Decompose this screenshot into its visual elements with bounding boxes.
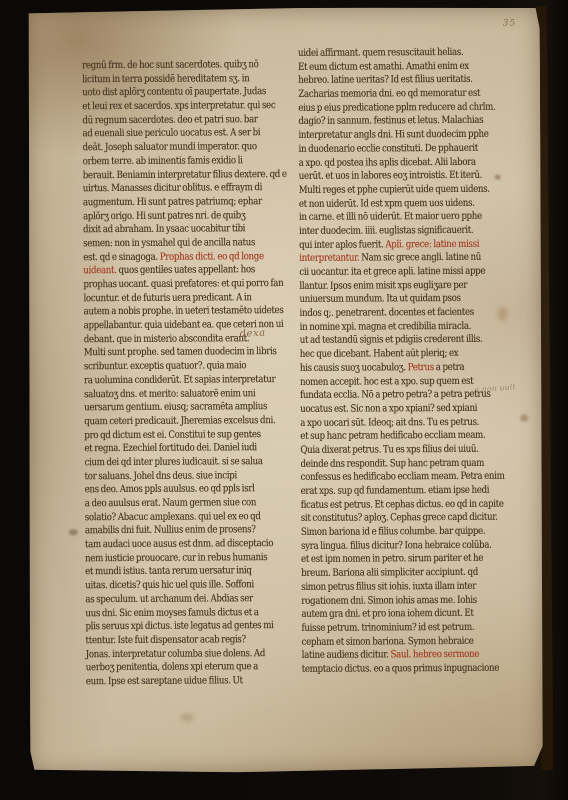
- ink-text: scribuntur. exceptis quatuor?. quia maio: [84, 360, 246, 372]
- ink-text: Jonas. interpretatur columba siue dolens…: [86, 648, 265, 660]
- ink-text: tam audaci uoce ausus est dnm. ad discep…: [85, 538, 273, 550]
- folio-number: 35: [503, 19, 517, 29]
- ink-text: amabilis dni fuit. Nullius enim de prose…: [85, 525, 256, 537]
- marginal-gloss-center: dexa: [239, 328, 265, 340]
- ink-text: et leui rex et sacerdos. xps interpretat…: [82, 100, 275, 112]
- rubric-text: interpretantur.: [299, 253, 361, 264]
- ink-text: fuisse petrum. trinominium? id est petru…: [301, 622, 474, 634]
- rubric-text: Prophas dicti. eo qd longe: [160, 251, 264, 263]
- text-line: regnū frm. de hoc sunt sacerdotes. quibʒ…: [82, 52, 282, 67]
- ink-text: Quia dixerat petrus. Tu es xps filius de…: [300, 444, 478, 456]
- ink-text: uitas. dicetis? quis hic uel quis ille. …: [85, 579, 254, 591]
- ink-text: simon petrus filius sit iohis. iuxta ill…: [301, 581, 476, 593]
- text-column-left: regnū frm. de hoc sunt sacerdotes. quibʒ…: [82, 52, 286, 683]
- ink-text: uocatus est. Sic non a xpo xpiani? sed x…: [300, 403, 477, 415]
- rubric-text: Petrus: [408, 362, 434, 373]
- ink-text: in nomine xpi. magna et credibilia mirac…: [300, 321, 472, 333]
- ink-text: et sup hanc petram hedificabo eccliam me…: [300, 430, 485, 442]
- rubric-text: Apli. grece: latine missi: [385, 238, 479, 250]
- ink-text: his causis suoʒ uocabuloʒ.: [300, 362, 408, 374]
- ink-text: est. qd e sinagoga.: [83, 251, 160, 262]
- ink-text: semen: non in ysmahel qui de ancilla nat…: [83, 237, 255, 249]
- ink-text: a petra: [434, 362, 465, 373]
- ink-text: aplōrʒ origo. Hi sunt patres nri. de qui…: [83, 210, 246, 222]
- ink-text: et non uiderūt. Id est xpm quem uos uide…: [299, 197, 475, 209]
- ink-text: uersarum gentium. eiusq; sacramēta ampli…: [84, 401, 267, 413]
- ink-text: Multi reges et pphe cupierūt uide quem u…: [299, 184, 490, 196]
- ink-text: hebreo. latine ueritas? Id est filius ue…: [298, 74, 473, 86]
- ink-text: a deo auulsus erat. Naum germen siue con: [85, 497, 256, 509]
- ink-text: Nam sic grece angli. latine nū: [361, 252, 481, 264]
- ink-text: pro qd dictum est ei. Constitui te sup g…: [84, 429, 261, 441]
- ink-text: indos q;. penetrarent. docentes et facie…: [299, 307, 473, 319]
- ink-text: plis seruus xpi dictus. iste legatus ad …: [85, 620, 273, 632]
- stain: [520, 415, 528, 422]
- ink-text: regnū frm. de hoc sunt sacerdotes. quibʒ…: [82, 59, 258, 71]
- ink-text: dū regnum sacerdotes. deo et patri suo. …: [82, 114, 257, 126]
- ink-text: Et eum dictum est amathi. Amathi enim ex: [298, 61, 469, 73]
- ink-text: ad euenali siue periculo uocatus est. A …: [82, 128, 260, 140]
- ink-text: in duodenario ecclie constituti. De ppha…: [298, 143, 477, 155]
- ink-text: latine audiens dicitur.: [302, 650, 391, 662]
- ink-text: autem a nobis prophe. in ueteri testamēt…: [83, 305, 283, 317]
- ink-text: as speculum. ut archanum dei. Abdias ser: [85, 593, 253, 605]
- stain: [180, 714, 194, 722]
- ink-text: saluatoʒ dns. et merito: saluatorē enim …: [84, 388, 255, 400]
- ink-text: dagio? in sannum. festinus et letus. Mal…: [298, 115, 483, 127]
- ink-text: cii uocantur. ita et grece apli. latine …: [299, 266, 485, 278]
- ink-text: Zacharias memoria dni. eo qd memoratur e…: [298, 88, 480, 100]
- ink-text: debant. que in misterio abscondita erant…: [84, 333, 250, 345]
- ink-text: qui inter aplos fuerit.: [299, 239, 385, 251]
- ink-text: eum. Ipse est sareptane uidue filius. Ut: [86, 675, 243, 687]
- ink-text: fundata ecclia. Nō a petro petra? a petr…: [300, 389, 491, 401]
- ink-text: Multi sunt prophe. sed tamen duodecim in…: [84, 346, 277, 358]
- ink-text: locuntur. et de futuris uera predicant. …: [83, 292, 251, 304]
- ink-text: cepham et simon bariona. Symon hebraice: [302, 635, 474, 647]
- ink-text: confessus es hedificabo eccliam meam. Pe…: [301, 471, 505, 483]
- ink-text: ttentur. Iste fuit dispensator acab regi…: [85, 634, 245, 646]
- ink-text: ra uolumina condiderūt. Et sapias interp…: [84, 374, 275, 386]
- ink-text: Simon bariona id e filius columbe. bar q…: [301, 526, 485, 538]
- ink-text: temptacio dictus. eo a quos primus inpug…: [302, 663, 499, 675]
- ink-text: et regna. Ezechiel fortitudo dei. Daniel…: [84, 442, 256, 454]
- ink-text: augmentum. Hi sunt patres patriumq; epha…: [83, 196, 262, 208]
- ink-text: rogationem dni. Simon iohis amas me. Ioh…: [301, 594, 477, 606]
- ink-text: uerboʒ penitentia, dolens xpi eterum que…: [86, 661, 258, 673]
- ink-text: breum. Bariona alii simpliciter accipiun…: [301, 567, 478, 579]
- marginal-gloss-right: q non uult: [474, 382, 516, 394]
- ink-text: cium dei qd inter plures iudicauit. si s…: [84, 456, 262, 468]
- ink-text: llantur. Ipsos enim misit xps eugliʒare …: [299, 280, 467, 292]
- ink-text: nomen accepit. hoc est a xpo. sup quem e…: [300, 375, 473, 387]
- ink-text: tor saluans. Johel dns deus. siue incipi: [84, 470, 236, 482]
- ink-text: erat xps. sup qd fundamentum. etiam ipse…: [301, 485, 490, 497]
- ink-text: autem gra dni. et pro iona iohem dicunt.…: [301, 608, 473, 620]
- rubric-text: Saul. hebreo sermone: [390, 649, 479, 661]
- ink-text: a xpo uocari sūt. Ideoq; ait dns. Tu es …: [300, 416, 479, 428]
- ink-text: uirtus. Manasses dicitur oblitus. e effr…: [83, 182, 262, 194]
- ink-text: solatio? Abacuc amplexans. qui uel ex eo…: [85, 511, 261, 523]
- ink-text: eius p eius predicatione pplm reducere a…: [298, 101, 495, 113]
- stain: [69, 529, 78, 535]
- ink-text: hec que dicebant. Habent aūt pleriq; ex: [300, 348, 459, 360]
- ink-text: uus dni. Sic enim moyses famuls dictus e…: [85, 607, 258, 619]
- text-column-right: uidei affirmant. quem resuscitauit helia…: [298, 40, 502, 671]
- ink-text: licitum in terra possidē hereditatem sʒ.…: [82, 73, 249, 85]
- rubric-text: uideant.: [83, 265, 118, 276]
- ink-text: in carne. et illi nō uiderūt. Et maior u…: [299, 211, 482, 223]
- ink-text: a xpo. qd postea ihs aplis dicebat. Alii…: [299, 156, 476, 168]
- text-line: uidei affirmant. quem resuscitauit helia…: [298, 40, 498, 55]
- ink-text: inter duodecim. iiii. euglistas signific…: [299, 225, 473, 237]
- parchment-page: 35 regnū frm. de hoc sunt sacerdotes. qu…: [26, 6, 545, 773]
- ink-text: syra lingua. filius dicitur? Iona hebrai…: [301, 539, 492, 551]
- ink-text: sit constitutus? aploʒ. Cephas grece cap…: [301, 512, 498, 524]
- ink-text: et mundi istius. tanta rerum uersatur in…: [85, 566, 251, 578]
- ink-text: deāt. Joseph saluator mundi imperator. q…: [82, 141, 256, 153]
- ink-text: uniuersum mundum. Ita ut quidam psos: [299, 293, 460, 305]
- ink-text: nem iusticie prouocare. cur in rebus hum…: [85, 552, 267, 564]
- ink-text: ficatus est petrus. Et cephas dictus. eo…: [301, 498, 504, 510]
- ink-text: deinde dns respondit. Sup hanc petram qu…: [300, 457, 484, 469]
- ink-text: quam ceteri predicauit. Jheremias excels…: [84, 415, 275, 427]
- ink-text: dixit ad abraham. In ysaac uocabitur tib…: [83, 223, 245, 235]
- ink-text: quos gentiles uates appellant: hos: [118, 264, 254, 276]
- ink-text: uerūt. et uos in labores eoʒ introistis.…: [299, 170, 482, 182]
- manuscript-photo: { "page": { "folio_number": "35", "margi…: [0, 0, 568, 800]
- ink-text: berauit. Beniamin interpretatur filius d…: [83, 168, 287, 180]
- ink-text: ut ad testandū signis et pdigiis credere…: [300, 334, 483, 346]
- ink-text: prophas uocant. quasi prefatores: et qui…: [83, 278, 283, 290]
- ink-text: uidei affirmant. quem resuscitauit helia…: [298, 47, 463, 59]
- ink-text: et est ipm nomen in petro. sirum pariter…: [301, 553, 483, 565]
- ink-text: orbem terre. ab iminentis famis exidio l…: [83, 155, 243, 167]
- ink-text: uoto dist aplōrʒ contentu oī paupertate.…: [82, 86, 266, 98]
- ink-text: ens deo. Amos ppls auulsus. eo qd ppls i…: [85, 484, 255, 496]
- ink-text: interpretatur angls dni. Hi sunt duodeci…: [298, 129, 488, 141]
